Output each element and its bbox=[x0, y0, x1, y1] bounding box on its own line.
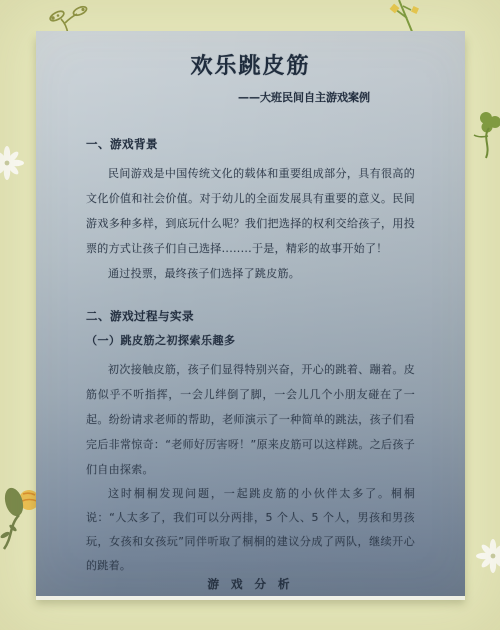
photo-background: 欢乐跳皮筋 ——大班民间自主游戏案例 一、游戏背景 民间游戏是中国传统文化的载体… bbox=[0, 0, 500, 630]
flower-branch-icon bbox=[384, 0, 430, 34]
section-2-subheading: （一）跳皮筋之初探索乐趣多 bbox=[86, 333, 415, 349]
doc-subtitle: ——大班民间自主游戏案例 bbox=[86, 90, 415, 106]
analysis-heading: 游 戏 分 析 bbox=[86, 576, 415, 592]
section-2-heading: 二、游戏过程与实录 bbox=[86, 308, 415, 324]
clover-leaf-icon bbox=[473, 110, 500, 160]
document-page: 欢乐跳皮筋 ——大班民间自主游戏案例 一、游戏背景 民间游戏是中国传统文化的载体… bbox=[36, 31, 465, 596]
section-2-paragraph-1: 初次接触皮筋，孩子们显得特别兴奋，开心的跳着、蹦着。皮筋似乎不听指挥，一会儿绊倒… bbox=[86, 357, 415, 482]
section-2-paragraph-2: 这时桐桐发现问题，一起跳皮筋的小伙伴太多了。桐桐说：“人太多了，我们可以分两排，… bbox=[86, 482, 415, 578]
white-daisy-icon bbox=[0, 145, 24, 181]
document-content: 欢乐跳皮筋 ——大班民间自主游戏案例 一、游戏背景 民间游戏是中国传统文化的载体… bbox=[36, 31, 465, 592]
sprout-buds-icon bbox=[46, 4, 92, 34]
section-1-paragraph-1: 民间游戏是中国传统文化的载体和重要组成部分，具有很高的文化价值和社会价值。对于幼… bbox=[86, 161, 415, 261]
section-1-heading: 一、游戏背景 bbox=[86, 136, 415, 152]
section-1-paragraph-2: 通过投票，最终孩子们选择了跳皮筋。 bbox=[86, 261, 415, 286]
white-daisy-icon bbox=[476, 537, 500, 575]
doc-title: 欢乐跳皮筋 bbox=[86, 53, 415, 81]
